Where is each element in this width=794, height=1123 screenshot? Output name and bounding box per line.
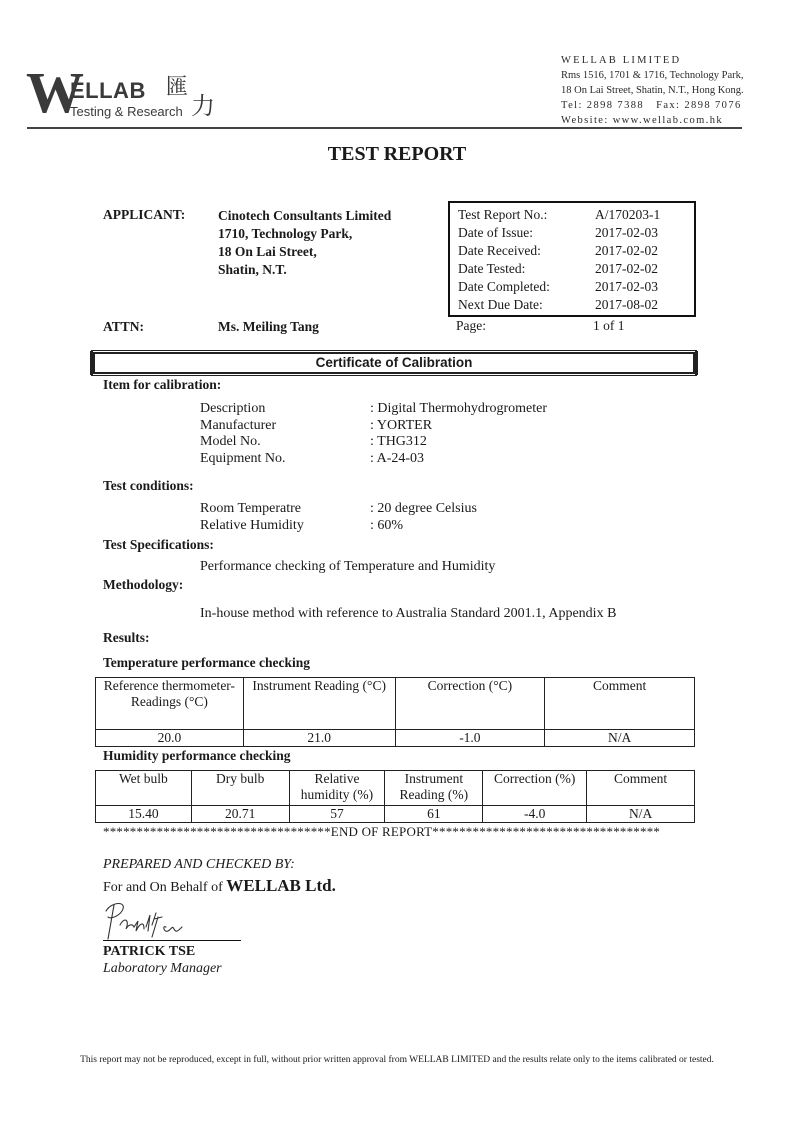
table-cell: 57	[289, 806, 385, 823]
table-cell: 20.71	[191, 806, 289, 823]
logo-tagline: Testing & Research	[70, 105, 183, 118]
applicant-line: Shatin, N.T.	[218, 261, 391, 279]
table-cell: 15.40	[96, 806, 192, 823]
tel-fax: Tel: 2898 7388 Fax: 2898 7076	[561, 98, 744, 113]
column-header: Instrument Reading (°C)	[243, 678, 395, 730]
certificate-title: Certificate of Calibration	[94, 353, 694, 373]
table-header-row: Reference thermometer-Readings (°C) Inst…	[96, 678, 695, 730]
prepared-by-label: PREPARED AND CHECKED BY:	[103, 857, 295, 873]
logo-cjk-1: 匯	[166, 77, 188, 99]
logo-cjk-2: 力	[191, 94, 215, 118]
table-row: 15.40 20.71 57 61 -4.0 N/A	[96, 806, 695, 823]
website: Website: www.wellab.com.hk	[561, 113, 744, 128]
applicant-line: 1710, Technology Park,	[218, 225, 391, 243]
methodology-text: In-house method with reference to Austra…	[200, 606, 616, 622]
conditions-details: Room Temperatre: 20 degree Celsius Relat…	[200, 501, 600, 537]
column-header: Dry bulb	[191, 771, 289, 806]
column-header: Comment	[545, 678, 695, 730]
table-cell: 61	[385, 806, 483, 823]
signature-icon	[100, 897, 190, 942]
attn-value: Ms. Meiling Tang	[218, 319, 319, 335]
column-header: Reference thermometer-Readings (°C)	[96, 678, 244, 730]
footer-disclaimer: This report may not be reproduced, excep…	[0, 1055, 794, 1065]
specifications-heading: Test Specifications:	[103, 537, 214, 553]
temperature-heading: Temperature performance checking	[103, 655, 310, 671]
methodology-heading: Methodology:	[103, 577, 183, 593]
table-cell: -1.0	[395, 730, 545, 747]
item-heading: Item for calibration:	[103, 377, 221, 393]
column-header: Relative humidity (%)	[289, 771, 385, 806]
humidity-table: Wet bulb Dry bulb Relative humidity (%) …	[95, 770, 695, 823]
item-details: Description: Digital Thermohydrogrometer…	[200, 401, 600, 471]
company-name: WELLAB LIMITED	[561, 53, 744, 68]
column-header: Wet bulb	[96, 771, 192, 806]
signatory-name: PATRICK TSE	[103, 944, 195, 960]
table-row: 20.0 21.0 -1.0 N/A	[96, 730, 695, 747]
behalf-company: WELLAB Ltd.	[226, 876, 336, 895]
table-cell: N/A	[545, 730, 695, 747]
table-cell: -4.0	[483, 806, 587, 823]
column-header: Instrument Reading (%)	[385, 771, 483, 806]
company-address: WELLAB LIMITED Rms 1516, 1701 & 1716, Te…	[561, 53, 744, 128]
specifications-text: Performance checking of Temperature and …	[200, 559, 495, 575]
applicant-label: APPLICANT:	[103, 207, 185, 223]
header-rule	[27, 127, 742, 129]
table-header-row: Wet bulb Dry bulb Relative humidity (%) …	[96, 771, 695, 806]
address-line-1: Rms 1516, 1701 & 1716, Technology Park,	[561, 68, 744, 83]
report-info-box: Test Report No.:A/170203-1 Date of Issue…	[448, 201, 696, 317]
table-cell: N/A	[587, 806, 695, 823]
results-heading: Results:	[103, 630, 150, 646]
table-cell: 20.0	[96, 730, 244, 747]
signatory-title: Laboratory Manager	[103, 961, 222, 977]
on-behalf-of: For and On Behalf of WELLAB Ltd.	[103, 876, 336, 896]
certificate-banner: Certificate of Calibration	[93, 352, 695, 374]
signature-line	[103, 940, 241, 941]
applicant-line: 18 On Lai Street,	[218, 243, 391, 261]
column-header: Correction (%)	[483, 771, 587, 806]
address-line-2: 18 On Lai Street, Shatin, N.T., Hong Kon…	[561, 83, 744, 98]
applicant-address: Cinotech Consultants Limited 1710, Techn…	[218, 207, 391, 279]
table-cell: 21.0	[243, 730, 395, 747]
humidity-heading: Humidity performance checking	[103, 748, 290, 764]
column-header: Correction (°C)	[395, 678, 545, 730]
conditions-heading: Test conditions:	[103, 478, 194, 494]
temperature-table: Reference thermometer-Readings (°C) Inst…	[95, 677, 695, 747]
company-logo: W ELLAB 匯 力 Testing & Research	[26, 72, 246, 122]
applicant-line: Cinotech Consultants Limited	[218, 207, 391, 225]
column-header: Comment	[587, 771, 695, 806]
logo-text: ELLAB	[70, 80, 146, 102]
end-of-report: **********************************END OF…	[103, 824, 660, 840]
attn-label: ATTN:	[103, 319, 144, 335]
page-title: TEST REPORT	[0, 143, 794, 166]
